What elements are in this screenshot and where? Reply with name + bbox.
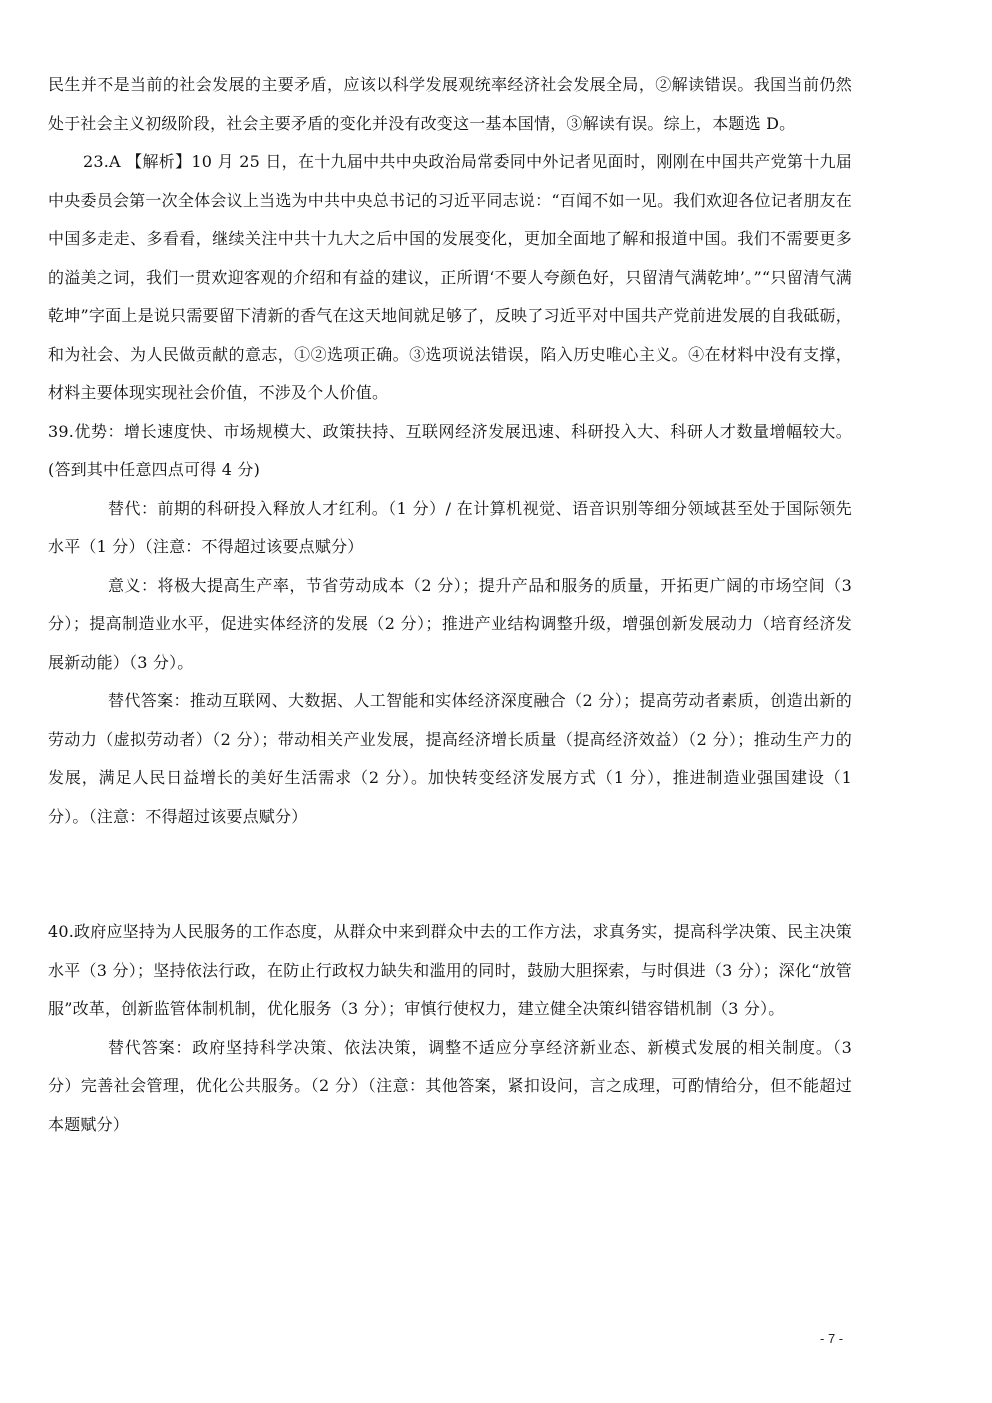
section-spacer (48, 836, 852, 913)
paragraph-q39-alternative-answer: 替代答案：推动互联网、大数据、人工智能和实体经济深度融合（2 分）；提高劳动者素… (48, 682, 852, 836)
paragraph-q22-conclusion: 民生并不是当前的社会发展的主要矛盾，应该以科学发展观统率经济社会发展全局，②解读… (48, 66, 852, 143)
paragraph-q40-answer: 40.政府应坚持为人民服务的工作态度，从群众中来到群众中去的工作方法，求真务实，… (48, 913, 852, 1029)
paragraph-q23-analysis: 23.A 【解析】10 月 25 日，在十九届中共中央政治局常委同中外记者见面时… (48, 143, 852, 413)
paragraph-q39-advantages: 39.优势：增长速度快、市场规模大、政策扶持、互联网经济发展迅速、科研投入大、科… (48, 413, 852, 490)
paragraph-q39-substitute: 替代：前期的科研投入释放人才红利。（1 分）/ 在计算机视觉、语音识别等细分领域… (48, 490, 852, 567)
document-page: 民生并不是当前的社会发展的主要矛盾，应该以科学发展观统率经济社会发展全局，②解读… (48, 66, 852, 1144)
page-number: - 7 - (820, 1331, 843, 1346)
paragraph-q39-significance: 意义：将极大提高生产率，节省劳动成本（2 分）；提升产品和服务的质量，开拓更广阔… (48, 567, 852, 683)
paragraph-q40-alternative-answer: 替代答案：政府坚持科学决策、依法决策，调整不适应分享经济新业态、新模式发展的相关… (48, 1029, 852, 1145)
